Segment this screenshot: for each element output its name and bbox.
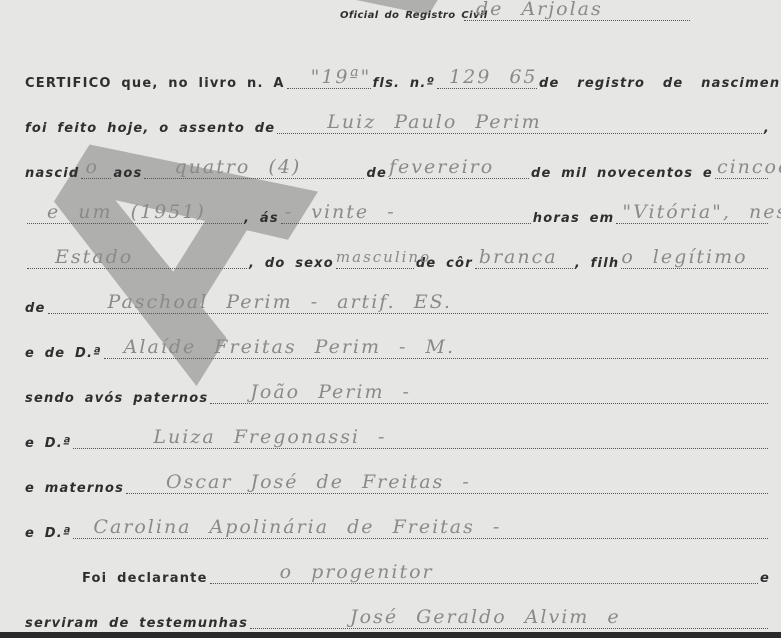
line-birth-time: e um (1951) , ás - vinte - horas em "Vit… bbox=[25, 211, 770, 227]
year-value: cincoenta bbox=[717, 157, 781, 177]
sheet-number-value: 129 65 bbox=[449, 67, 537, 87]
bottom-bar bbox=[0, 632, 781, 638]
line-declarant: Foi declarante o progenitor e bbox=[82, 571, 770, 587]
maternal-grandmother-value: Carolina Apolinária de Freitas - bbox=[93, 517, 501, 537]
sex-dots: masculino bbox=[336, 267, 414, 269]
hour-value: - vinte - bbox=[285, 202, 396, 222]
state-dots: Estado bbox=[27, 267, 247, 269]
father-label: de bbox=[25, 301, 46, 317]
born-label: nascid bbox=[25, 166, 79, 182]
father-value: Paschoal Perim - artif. ES. bbox=[108, 292, 452, 312]
registrant-dots: Luiz Paulo Perim bbox=[277, 132, 762, 134]
born-suffix-value: o bbox=[85, 157, 98, 177]
year-cont-value: e um (1951) bbox=[47, 202, 206, 222]
line-birth-date: nascid o aos quatro (4) de fevereiro de … bbox=[25, 166, 770, 182]
line-paternal-grandmother: e D.ª Luiza Fregonassi - bbox=[25, 436, 770, 452]
witnesses-label: serviram de testemunhas bbox=[25, 616, 248, 632]
sheet-number-dots: 129 65 bbox=[437, 87, 537, 89]
book-number-dots: "19ª" bbox=[287, 87, 371, 89]
maternal-grandfather-dots: Oscar José de Freitas - bbox=[126, 492, 768, 494]
line-maternal-grandmother: e D.ª Carolina Apolinária de Freitas - bbox=[25, 526, 770, 542]
child-label: , filh bbox=[575, 256, 620, 272]
paternal-grandmother-label: e D.ª bbox=[25, 436, 71, 452]
registry-office-line: de Arjolas bbox=[462, 8, 692, 24]
paternal-grandparents-label: sendo avós paternos bbox=[25, 391, 208, 407]
time-label: , ás bbox=[244, 211, 279, 227]
place-value: "Vitória", neste bbox=[622, 202, 781, 222]
line-maternal-grandfather: e maternos Oscar José de Freitas - bbox=[25, 481, 770, 497]
hour-dots: - vinte - bbox=[281, 222, 531, 224]
paternal-grandfather-value: João Perim - bbox=[250, 382, 411, 402]
place-dots: "Vitória", neste bbox=[616, 222, 768, 224]
year-prefix-label: de mil novecentos e bbox=[531, 166, 713, 182]
father-dots: Paschoal Perim - artif. ES. bbox=[48, 312, 768, 314]
book-number-value: "19ª" bbox=[311, 67, 372, 87]
color-value: branca bbox=[479, 247, 558, 267]
legitimacy-dots: o legítimo bbox=[621, 267, 768, 269]
day-dots: quatro (4) bbox=[144, 177, 364, 179]
registrant-value: Luiz Paulo Perim bbox=[327, 112, 541, 132]
witnesses-dots: José Geraldo Alvim e bbox=[250, 627, 768, 629]
line-father: de Paschoal Perim - artif. ES. bbox=[25, 301, 770, 317]
line-registrant: foi feito hoje, o assento de Luiz Paulo … bbox=[25, 121, 770, 137]
sex-label: , do sexo bbox=[249, 256, 334, 272]
state-value: Estado bbox=[55, 247, 133, 267]
sex-value: masculino bbox=[336, 247, 431, 267]
declarant-dots: o progenitor bbox=[210, 582, 758, 584]
born-suffix-dots: o bbox=[81, 177, 111, 179]
registry-type-label: de registro de nascimentos, bbox=[539, 76, 781, 92]
line-paternal-grandfather: sendo avós paternos João Perim - bbox=[25, 391, 770, 407]
maternal-grandmother-label: e D.ª bbox=[25, 526, 71, 542]
paternal-grandmother-dots: Luiza Fregonassi - bbox=[73, 447, 768, 449]
line-witnesses: serviram de testemunhas José Geraldo Alv… bbox=[25, 616, 770, 632]
registry-office-field: Oficial do Registro Civil bbox=[340, 8, 462, 24]
sheet-label: fls. n.º bbox=[373, 76, 435, 92]
mother-label: e de D.ª bbox=[25, 346, 102, 362]
registry-office-dots: de Arjolas bbox=[464, 19, 690, 21]
day-value: quatro (4) bbox=[174, 157, 301, 177]
line-mother: e de D.ª Alaíde Freitas Perim - M. bbox=[25, 346, 770, 362]
year-dots: cincoenta bbox=[715, 177, 768, 179]
maternal-grandparents-label: e maternos bbox=[25, 481, 124, 497]
color-dots: branca bbox=[475, 267, 573, 269]
paternal-grandfather-dots: João Perim - bbox=[210, 402, 768, 404]
declarant-and: e bbox=[760, 571, 770, 587]
maternal-grandmother-dots: Carolina Apolinária de Freitas - bbox=[73, 537, 768, 539]
aos-label: aos bbox=[113, 166, 142, 182]
mother-value: Alaíde Freitas Perim - M. bbox=[124, 337, 455, 357]
year-cont-dots: e um (1951) bbox=[27, 222, 242, 224]
line-sex-color: Estado , do sexo masculino de côr branca… bbox=[25, 256, 770, 272]
paternal-grandmother-value: Luiza Fregonassi - bbox=[153, 427, 386, 447]
certificate-page: A VALOR L Oficial do Registro Civil de A… bbox=[0, 0, 781, 632]
month-dots: fevereiro bbox=[389, 177, 529, 179]
month-value: fevereiro bbox=[389, 157, 494, 177]
declarant-value: o progenitor bbox=[280, 562, 434, 582]
registry-office-value: de Arjolas bbox=[476, 0, 603, 19]
legitimacy-value: o legítimo bbox=[621, 247, 747, 267]
witnesses-value: José Geraldo Alvim e bbox=[350, 607, 621, 627]
de-label: de bbox=[366, 166, 387, 182]
place-label: horas em bbox=[533, 211, 615, 227]
mother-dots: Alaíde Freitas Perim - M. bbox=[104, 357, 768, 359]
registrant-comma: , bbox=[764, 121, 770, 137]
certifico-label: CERTIFICO que, no livro n. A bbox=[25, 76, 285, 92]
declarant-label: Foi declarante bbox=[82, 571, 208, 587]
maternal-grandfather-value: Oscar José de Freitas - bbox=[166, 472, 471, 492]
line-book-sheet: CERTIFICO que, no livro n. A "19ª" fls. … bbox=[25, 76, 770, 92]
registrant-label: foi feito hoje, o assento de bbox=[25, 121, 275, 137]
